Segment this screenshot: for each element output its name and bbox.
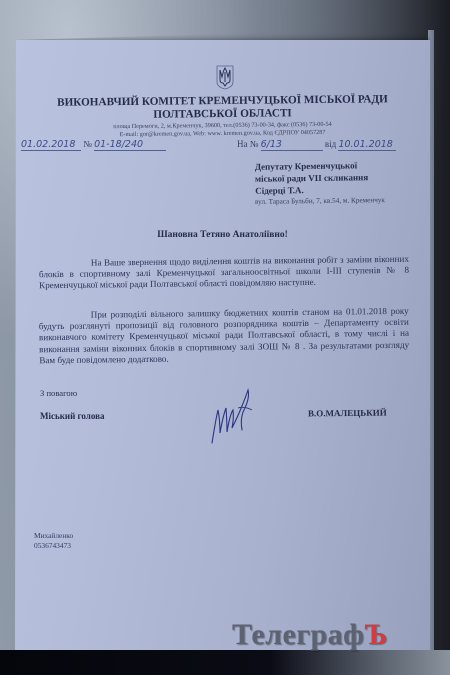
signer-name: В.О.МАЛЕЦЬКИЙ xyxy=(308,408,387,419)
closing-regards: З повагою xyxy=(40,388,77,398)
executor-block: Михайленко 0536743473 xyxy=(34,531,73,550)
watermark-accent-letter: Ъ xyxy=(364,618,387,651)
outgoing-number: 01-18/240 xyxy=(94,139,166,151)
incoming-reference: На № 6/13 від 10.01.2018 xyxy=(237,139,396,153)
signature-icon xyxy=(208,388,268,448)
salutation: Шановна Тетяно Анатоліївно! xyxy=(15,230,430,240)
ukraine-trident-icon xyxy=(216,65,234,90)
outgoing-date: 01.02.2018 xyxy=(21,139,81,151)
table-dark-edge xyxy=(0,650,450,675)
paragraph-2-text: При розподілі вільного залишку бюджетних… xyxy=(39,306,409,365)
addressee-street: вул. Тараса Бульби, 7, кв.54, м. Кременч… xyxy=(255,196,385,206)
body-paragraph-2: При розподілі вільного залишку бюджетних… xyxy=(39,306,410,367)
ref-date: 10.01.2018 xyxy=(338,139,396,151)
watermark-text: Телеграф xyxy=(232,618,364,651)
addressee-name: Сідерці Т.А. xyxy=(255,183,368,197)
ref-number: 6/13 xyxy=(261,139,323,151)
number-label: № xyxy=(83,139,92,149)
official-letter: ВИКОНАВЧИЙ КОМІТЕТ КРЕМЕНЧУЦЬКОЇ МІСЬКОЇ… xyxy=(15,40,430,652)
addressee-block: Депутату Кременчуцької міської ради VII … xyxy=(255,159,369,197)
paragraph-1-text: На Ваше звернення щодо виділення коштів … xyxy=(39,254,409,291)
telegraf-watermark-logo: ТелеграфЪ xyxy=(232,618,388,652)
organization-title: ВИКОНАВЧИЙ КОМІТЕТ КРЕМЕНЧУЦЬКОЇ МІСЬКОЇ… xyxy=(15,93,430,123)
outgoing-registration: 01.02.2018 № 01-18/240 xyxy=(21,139,166,153)
ref-label: На № xyxy=(237,139,258,149)
addressee-line2: міської ради VII скликання xyxy=(255,171,368,185)
organization-contacts: площа Перемоги, 2, м.Кременчук, 39600, т… xyxy=(15,120,430,140)
signer-title: Міський голова xyxy=(40,411,105,421)
body-paragraph-1: На Ваше звернення щодо виділення коштів … xyxy=(39,254,409,292)
executor-name: Михайленко xyxy=(34,531,73,541)
executor-phone: 0536743473 xyxy=(34,541,73,551)
ref-date-label: від xyxy=(325,139,336,149)
